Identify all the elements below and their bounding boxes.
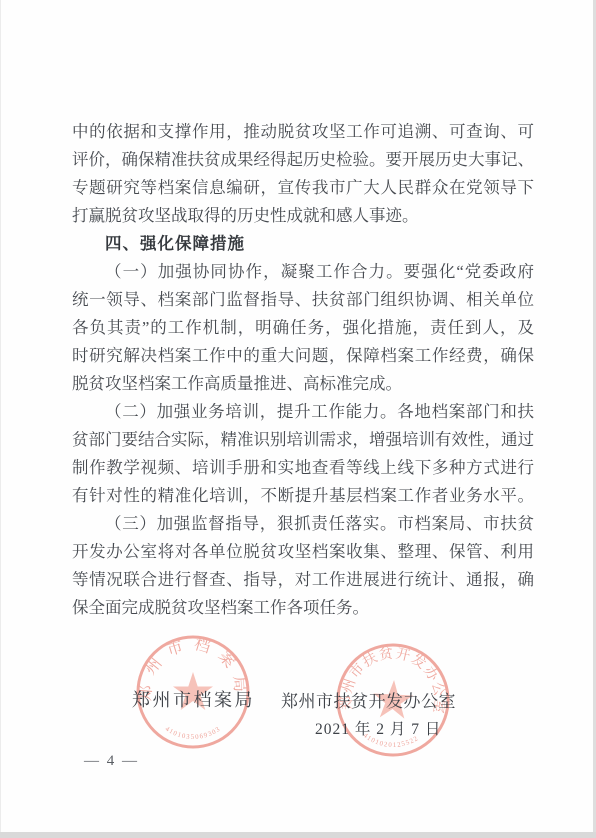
signature-date: 2021 年 2 月 7 日 xyxy=(315,717,441,739)
scan-edge-left xyxy=(0,0,1,838)
seal-serial-number: 4101035069303 xyxy=(164,726,222,741)
text-line: 保全面完成脱贫攻坚档案工作各项任务。 xyxy=(72,594,534,622)
page-number: — 4 — xyxy=(84,753,139,770)
text-line: 时研究解决档案工作中的重大问题，保障档案工作经费，确保 xyxy=(72,342,534,370)
text-line: 统一领导、档案部门监督指导、扶贫部门组织协调、相关单位 xyxy=(72,286,534,314)
signature-left-org: 郑州市档案局 xyxy=(132,686,255,712)
text-line: 打赢脱贫攻坚战取得的历史性成就和感人事迹。 xyxy=(72,202,534,230)
text-line: （二）加强业务培训，提升工作能力。各地档案部门和扶 xyxy=(72,398,534,426)
text-line: （一）加强协同协作，凝聚工作合力。要强化“党委政府 xyxy=(72,258,534,286)
text-line: 开发办公室将对各单位脱贫攻坚档案收集、整理、保管、利用 xyxy=(72,538,534,566)
text-line: （三）加强监督指导，狠抓责任落实。市档案局、市扶贫 xyxy=(72,510,534,538)
text-line: 各负其责”的工作机制，明确任务，强化措施，责任到人，及 xyxy=(72,314,534,342)
text-line: 脱贫攻坚档案工作高质量推进、高标准完成。 xyxy=(72,370,534,398)
document-body: 中的依据和支撑作用，推动脱贫攻坚工作可追溯、可查询、可评价，确保精准扶贫成果经得… xyxy=(72,118,534,622)
text-line: 评价，确保精准扶贫成果经得起历史检验。要开展历史大事记、 xyxy=(72,146,534,174)
text-line: 有针对性的精准化培训，不断提升基层档案工作者业务水平。 xyxy=(72,482,534,510)
signature-right-org: 郑州市扶贫开发办公室 xyxy=(281,687,456,712)
text-line: 贫部门要结合实际，精准识别培训需求，增强培训有效性，通过 xyxy=(72,426,534,454)
text-line: 等情况联合进行督查、指导，对工作进展进行统计、通报，确 xyxy=(72,566,534,594)
scanned-document-page: 中的依据和支撑作用，推动脱贫攻坚工作可追溯、可查询、可评价，确保精准扶贫成果经得… xyxy=(0,0,596,838)
section-heading: 四、强化保障措施 xyxy=(72,230,534,258)
text-line: 制作教学视频、培训手册和实地查看等线上线下多种方式进行 xyxy=(72,454,534,482)
text-line: 专题研究等档案信息编研，宣传我市广大人民群众在党领导下 xyxy=(72,174,534,202)
scan-edge-bottom xyxy=(0,832,596,838)
text-line: 中的依据和支撑作用，推动脱贫攻坚工作可追溯、可查询、可 xyxy=(72,118,534,146)
